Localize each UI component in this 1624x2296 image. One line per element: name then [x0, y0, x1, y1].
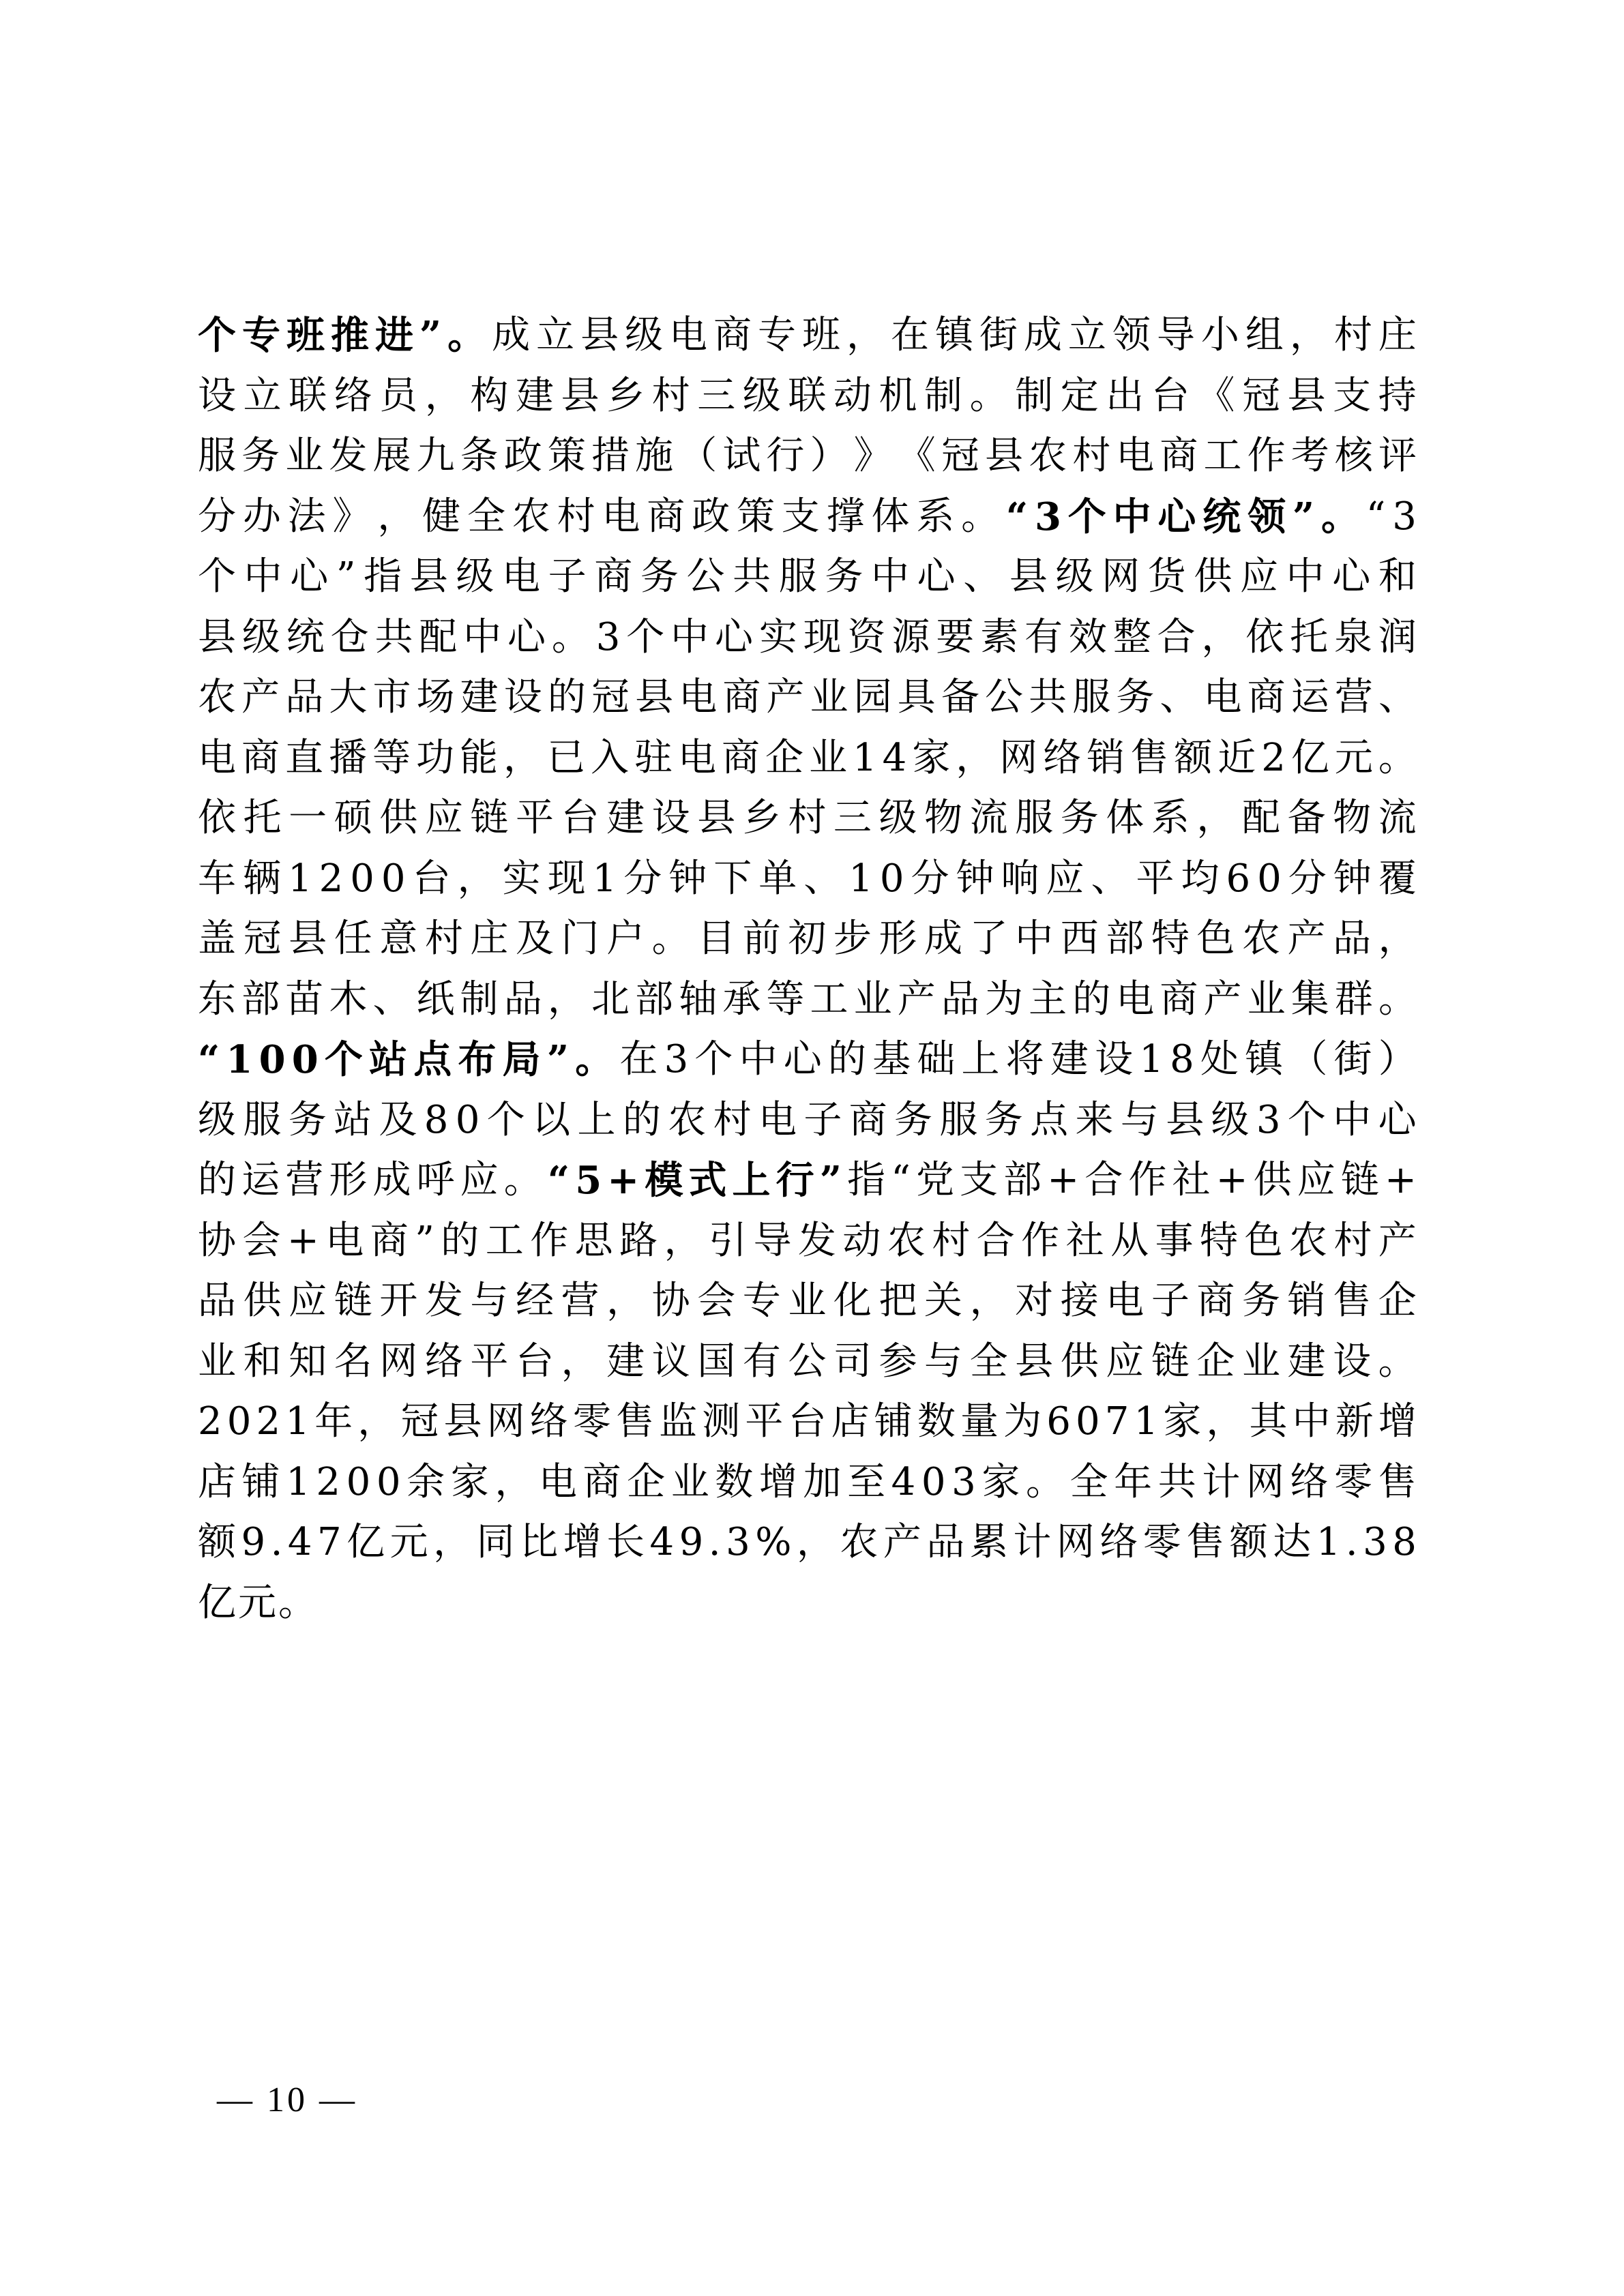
- text-char: 农: [1242, 909, 1282, 970]
- text-char: 健: [422, 487, 462, 548]
- text-char: 集: [1291, 970, 1331, 1030]
- text-char: 业: [788, 1271, 828, 1332]
- text-char: 覆: [1378, 849, 1419, 910]
- text-char: 体: [871, 487, 911, 548]
- text-char: 品: [941, 970, 981, 1030]
- text-char: 家: [981, 1452, 1022, 1513]
- text-char: 现: [803, 608, 844, 668]
- text-char: 支: [782, 487, 822, 548]
- text-char: 元: [390, 1512, 430, 1573]
- text-char: 庄: [470, 909, 510, 970]
- text-char: 、: [372, 970, 413, 1030]
- text-char: 共: [1158, 1452, 1198, 1513]
- text-char: 辆: [243, 849, 283, 910]
- text-char: 铺: [242, 1452, 282, 1513]
- text-char: 村: [932, 1211, 972, 1272]
- text-char: 下: [713, 849, 754, 910]
- text-char: 电: [1204, 668, 1244, 728]
- text-char: 电: [758, 1090, 799, 1151]
- text-char: 平: [745, 1392, 785, 1452]
- body-paragraph: 个专班推进”。成立县级电商专班，在镇街成立领导小组，村庄设立联络员，构建县乡村三…: [198, 305, 1419, 1633]
- text-char: .: [1346, 1512, 1360, 1573]
- text-char: 直: [285, 728, 325, 789]
- text-char: 运: [241, 1150, 282, 1211]
- text-char: 中: [463, 608, 503, 668]
- text-char: 。: [278, 1573, 319, 1634]
- text-char: 部: [1003, 1150, 1044, 1211]
- text-char: 体: [1106, 788, 1146, 849]
- text-char: 个: [626, 608, 666, 668]
- text-char: 农: [668, 1090, 708, 1151]
- text-char: 售: [1378, 1452, 1419, 1513]
- text-char: 策: [737, 487, 777, 548]
- text-char: 1: [1139, 1030, 1166, 1090]
- text-char: 参: [879, 1332, 919, 1392]
- text-char: 驻: [634, 728, 675, 789]
- text-char: 品: [285, 668, 325, 728]
- text-char: 供: [1061, 1332, 1101, 1392]
- text-char: 络: [1290, 1452, 1331, 1513]
- text-char: 农: [198, 668, 238, 728]
- text-char: 县: [410, 547, 450, 608]
- text-line: 分办法》，健全农村电商政策支撑体系。“3个中心统领”。“3: [198, 487, 1419, 548]
- text-char: 润: [1378, 608, 1419, 668]
- text-char: 产: [883, 1512, 924, 1573]
- text-char: 源: [891, 608, 932, 668]
- text-char: 供: [1254, 1150, 1294, 1211]
- text-char: 目: [697, 909, 737, 970]
- text-char: 会: [242, 1211, 282, 1272]
- text-char: ）: [1378, 1030, 1419, 1090]
- text-char: 和: [1378, 547, 1419, 608]
- text-char: 营: [285, 1150, 325, 1211]
- text-char: 市: [372, 668, 413, 728]
- text-line: 业和知名网络平台，建议国有公司参与全县供应链企业建设。: [198, 1332, 1419, 1392]
- bold-heading-char: 班: [286, 305, 327, 366]
- text-char: 亿: [198, 1573, 238, 1634]
- text-char: 试: [722, 426, 763, 487]
- text-char: 接: [1061, 1271, 1101, 1332]
- text-char: 商: [1160, 970, 1200, 1030]
- text-char: 县: [697, 788, 737, 849]
- text-char: 托: [1290, 608, 1330, 668]
- text-char: 链: [1341, 1150, 1381, 1211]
- text-char: 增: [759, 1452, 799, 1513]
- text-char: 动: [833, 366, 874, 427]
- text-char: 作: [1021, 1211, 1061, 1272]
- text-char: ，: [797, 1512, 837, 1573]
- bold-heading-char: 布: [458, 1030, 498, 1090]
- text-char: 车: [198, 849, 238, 910]
- text-char: 商: [1160, 426, 1200, 487]
- text-char: 年: [314, 1392, 355, 1452]
- text-char: 、: [963, 547, 1003, 608]
- text-char: 网: [1246, 1452, 1286, 1513]
- text-char: 领: [1112, 305, 1153, 366]
- text-char: 班: [802, 305, 842, 366]
- text-char: 品: [926, 1512, 966, 1573]
- text-char: 0: [227, 1392, 254, 1452]
- text-char: 组: [1245, 305, 1286, 366]
- text-char: 与: [470, 1271, 510, 1332]
- text-char: 3: [1363, 1512, 1389, 1573]
- text-char: 合: [1157, 608, 1198, 668]
- text-char: 等: [766, 970, 806, 1030]
- text-char: ，: [433, 1512, 473, 1573]
- text-char: 。: [1378, 970, 1419, 1030]
- text-char: 法: [288, 487, 328, 548]
- text-char: 链: [334, 1271, 374, 1332]
- text-char: 联: [289, 366, 329, 427]
- text-char: 业: [809, 728, 849, 789]
- text-char: 冠: [941, 426, 981, 487]
- bold-heading-char: 0: [292, 1030, 321, 1090]
- text-char: 台: [1151, 366, 1192, 427]
- text-char: 子: [1151, 1271, 1192, 1332]
- text-char: 持: [1378, 366, 1419, 427]
- text-char: 发: [425, 1271, 465, 1332]
- text-char: 物: [924, 788, 964, 849]
- text-char: 为: [1003, 1392, 1044, 1452]
- text-char: 2: [256, 1392, 283, 1452]
- text-char: 个: [487, 1090, 527, 1151]
- bold-heading-char: 上: [733, 1150, 773, 1211]
- text-char: 商: [722, 668, 763, 728]
- text-char: 设: [1095, 1030, 1135, 1090]
- text-line: 额9.47亿元，同比增长49.3%，农产品累计网络零售额达1.38: [198, 1512, 1419, 1573]
- text-char: 分: [911, 849, 951, 910]
- text-char: 《: [898, 426, 938, 487]
- text-char: 北: [591, 970, 632, 1030]
- text-char: 纸: [417, 970, 457, 1030]
- text-char: 供: [379, 788, 419, 849]
- text-char: 条: [460, 426, 501, 487]
- text-char: 级: [456, 547, 496, 608]
- text-char: 县: [561, 366, 602, 427]
- text-char: 产: [766, 668, 806, 728]
- text-char: 务: [289, 1090, 329, 1151]
- text-char: 心: [784, 1030, 824, 1090]
- text-char: 专: [758, 305, 798, 366]
- text-char: 名: [334, 1332, 374, 1392]
- text-char: 0: [377, 1452, 403, 1513]
- text-char: 基: [872, 1030, 913, 1090]
- text-char: 特: [1200, 1211, 1240, 1272]
- text-char: 色: [1244, 1211, 1284, 1272]
- text-line: 协会+电商”的工作思路，引导发动农村合作社从事特色农村产: [198, 1211, 1419, 1272]
- text-char: 售: [1186, 1512, 1226, 1573]
- text-char: 企: [627, 1452, 667, 1513]
- text-char: 比: [520, 1512, 560, 1573]
- text-char: 2: [198, 1392, 224, 1452]
- text-char: 务: [1116, 668, 1156, 728]
- text-char: 仓: [331, 608, 371, 668]
- text-char: 户: [606, 909, 647, 970]
- text-char: 上: [578, 1090, 618, 1151]
- text-char: 路: [619, 1211, 660, 1272]
- text-char: 亿: [346, 1512, 387, 1573]
- text-char: 钟: [1333, 849, 1374, 910]
- text-char: 呼: [417, 1150, 457, 1211]
- text-char: 商: [1196, 1271, 1237, 1332]
- text-line: 级服务站及80个以上的农村电子商务服务点来与县级3个中心: [198, 1090, 1419, 1151]
- text-char: 系: [916, 487, 956, 548]
- text-char: 业: [285, 426, 325, 487]
- text-char: 电: [502, 547, 542, 608]
- text-char: 县: [1009, 547, 1050, 608]
- text-char: 至: [847, 1452, 887, 1513]
- bold-heading-char: 行: [776, 1150, 816, 1211]
- text-char: 电: [1106, 1271, 1146, 1332]
- text-char: 0: [921, 1452, 948, 1513]
- text-char: 为: [985, 970, 1025, 1030]
- text-char: 响: [1001, 849, 1041, 910]
- text-char: 合: [1084, 1150, 1125, 1211]
- text-char: 、: [1160, 668, 1200, 728]
- text-char: 备: [1288, 788, 1328, 849]
- text-char: 络: [425, 1332, 465, 1392]
- text-char: 硕: [334, 788, 374, 849]
- text-char: 应: [1046, 849, 1086, 910]
- text-char: 中: [871, 547, 911, 608]
- text-char: 镇: [1245, 1030, 1285, 1090]
- text-char: .: [271, 1512, 285, 1573]
- text-char: 中: [670, 608, 711, 668]
- bold-heading-char: ”: [419, 305, 443, 366]
- text-char: 以: [532, 1090, 572, 1151]
- bold-heading-char: 统: [1202, 487, 1243, 548]
- text-char: 增: [1378, 1392, 1419, 1452]
- text-char: ，: [377, 487, 417, 548]
- text-char: 级: [879, 788, 919, 849]
- bold-heading-char: 个: [198, 305, 238, 366]
- text-char: 8: [424, 1090, 451, 1151]
- text-char: 县: [580, 305, 621, 366]
- text-char: 成: [1024, 305, 1064, 366]
- text-char: 思: [575, 1211, 615, 1272]
- text-char: 共: [1029, 668, 1069, 728]
- text-char: 全: [467, 487, 507, 548]
- text-char: 托: [243, 788, 284, 849]
- text-char: 络: [334, 366, 374, 427]
- text-char: 家: [1163, 1392, 1203, 1452]
- text-char: 泉: [1334, 608, 1374, 668]
- text-char: 核: [1335, 426, 1375, 487]
- text-char: 业: [1242, 1332, 1282, 1392]
- text-char: 盖: [198, 909, 238, 970]
- text-char: 网: [1057, 1512, 1097, 1573]
- text-char: 产: [1378, 1211, 1419, 1272]
- text-char: 3: [1392, 487, 1419, 548]
- text-char: 冠: [1242, 366, 1282, 427]
- text-char: 》: [332, 487, 372, 548]
- text-char: 链: [470, 788, 510, 849]
- text-char: 额: [198, 1512, 238, 1573]
- text-char: 部: [635, 970, 675, 1030]
- text-char: 场: [417, 668, 457, 728]
- text-char: 商: [713, 305, 754, 366]
- text-char: 上: [962, 1030, 1002, 1090]
- text-char: 意: [379, 909, 419, 970]
- document-page: 个专班推进”。成立县级电商专班，在镇街成立领导小组，村庄设立联络员，构建县乡村三…: [0, 0, 1624, 2296]
- text-char: 企: [765, 728, 806, 789]
- text-char: 级: [625, 305, 665, 366]
- text-char: 应: [425, 788, 465, 849]
- text-char: 播: [329, 728, 369, 789]
- text-char: 发: [329, 426, 369, 487]
- text-char: 指: [364, 547, 404, 608]
- text-char: 设: [1333, 1332, 1373, 1392]
- text-char: 村: [788, 788, 828, 849]
- text-char: 效: [1069, 608, 1109, 668]
- text-char: 九: [417, 426, 457, 487]
- text-char: 会: [697, 1271, 737, 1332]
- text-char: 要: [936, 608, 976, 668]
- text-char: 工: [486, 1211, 526, 1272]
- text-line: “100个站点布局”。在3个中心的基础上将建设18处镇（街）: [198, 1030, 1419, 1090]
- text-char: 单: [758, 849, 799, 910]
- text-char: 务: [1242, 1271, 1282, 1332]
- text-char: 色: [1196, 909, 1237, 970]
- text-char: 施: [635, 426, 675, 487]
- text-char: 、: [803, 849, 844, 910]
- text-char: 建: [606, 788, 647, 849]
- text-char: 均: [1181, 849, 1221, 910]
- text-char: 大: [329, 668, 369, 728]
- text-char: 额: [1230, 1512, 1270, 1573]
- text-char: 将: [1006, 1030, 1046, 1090]
- text-char: 配: [419, 608, 459, 668]
- text-char: 网: [1102, 547, 1142, 608]
- text-char: 3: [951, 1452, 978, 1513]
- text-char: 业: [671, 1452, 711, 1513]
- text-char: 6: [1046, 1392, 1073, 1452]
- text-char: 形: [329, 1150, 369, 1211]
- text-char: 中: [1286, 547, 1327, 608]
- text-char: 8: [1170, 1030, 1196, 1090]
- text-char: 与: [1121, 1090, 1161, 1151]
- text-char: 事: [1155, 1211, 1196, 1272]
- text-char: 专: [743, 1271, 783, 1332]
- text-char: 备: [941, 668, 981, 728]
- text-char: 8: [1392, 1512, 1419, 1573]
- text-char: 1: [1134, 1392, 1160, 1452]
- bold-heading-char: 点: [413, 1030, 454, 1090]
- text-char: ，: [1290, 305, 1330, 366]
- text-char: 网: [999, 728, 1039, 789]
- text-char: 公: [788, 1332, 828, 1392]
- text-char: 业: [854, 970, 894, 1030]
- bold-heading-char: 进: [375, 305, 415, 366]
- text-char: 动: [842, 1211, 883, 1272]
- text-char: 策: [548, 426, 588, 487]
- bold-heading-char: 式: [688, 1150, 728, 1211]
- text-char: 的: [198, 1150, 238, 1211]
- text-char: 街: [1334, 1030, 1374, 1090]
- text-char: 联: [788, 366, 828, 427]
- text-char: 部: [1106, 909, 1146, 970]
- text-char: ，: [494, 1452, 535, 1513]
- text-char: 中: [739, 1030, 780, 1090]
- text-char: 零: [1334, 1452, 1374, 1513]
- text-char: 定: [1061, 366, 1101, 427]
- bold-heading-char: 。: [1321, 487, 1361, 548]
- text-line: 县级统仓共配中心。3个中心实现资源要素有效整合，依托泉润: [198, 608, 1419, 668]
- text-char: 心: [507, 608, 548, 668]
- text-char: 开: [379, 1271, 419, 1332]
- text-char: 累: [970, 1512, 1010, 1573]
- text-char: 承: [722, 970, 763, 1030]
- text-char: 计: [1013, 1512, 1053, 1573]
- text-char: 立: [1068, 305, 1108, 366]
- text-char: 制: [924, 366, 964, 427]
- text-char: 知: [289, 1332, 329, 1392]
- text-char: 0: [880, 849, 906, 910]
- text-char: 营: [561, 1271, 602, 1332]
- text-char: 《: [1196, 366, 1237, 427]
- text-char: 设: [198, 366, 238, 427]
- text-char: 级: [242, 608, 282, 668]
- bold-heading-char: “: [1006, 487, 1030, 548]
- text-char: 营: [1335, 668, 1375, 728]
- text-char: 心: [1332, 547, 1372, 608]
- text-char: 级: [743, 366, 783, 427]
- text-char: 县: [443, 1392, 484, 1452]
- text-char: 流: [970, 788, 1010, 849]
- text-char: 电: [669, 305, 709, 366]
- text-char: 设: [652, 788, 692, 849]
- text-char: ，: [425, 366, 465, 427]
- text-char: 办: [243, 487, 283, 548]
- bold-heading-char: 领: [1247, 487, 1288, 548]
- text-char: 共: [733, 547, 773, 608]
- text-char: 发: [798, 1211, 838, 1272]
- text-char: 制: [460, 970, 501, 1030]
- text-char: 处: [1200, 1030, 1241, 1090]
- text-char: 冠: [400, 1392, 441, 1452]
- text-char: 络: [1099, 1512, 1140, 1573]
- text-char: 测: [702, 1392, 742, 1452]
- text-char: +: [1216, 1150, 1250, 1211]
- bold-heading-char: +: [607, 1150, 641, 1211]
- text-char: 0: [1257, 849, 1284, 910]
- text-char: 建: [516, 366, 556, 427]
- text-char: 把: [879, 1271, 919, 1332]
- text-char: 应: [289, 1271, 329, 1332]
- text-char: 售: [616, 1392, 656, 1452]
- text-char: 农: [1029, 426, 1069, 487]
- text-char: ，: [561, 1332, 602, 1392]
- text-char: 监: [659, 1392, 699, 1452]
- text-char: 中: [1333, 1090, 1373, 1151]
- text-char: 1: [1316, 1512, 1343, 1573]
- text-char: ，: [503, 728, 544, 789]
- bold-heading-char: 0: [259, 1030, 288, 1090]
- text-char: 1: [593, 849, 619, 910]
- text-char: 个: [198, 547, 238, 608]
- text-char: 同: [477, 1512, 517, 1573]
- text-char: 功: [416, 728, 456, 789]
- text-char: 服: [939, 1090, 979, 1151]
- text-char: 乡: [743, 788, 783, 849]
- text-char: 的: [828, 1030, 868, 1090]
- text-char: 电: [679, 668, 719, 728]
- text-char: ，: [548, 970, 588, 1030]
- text-char: 应: [1240, 547, 1280, 608]
- text-char: 村: [425, 909, 465, 970]
- text-char: 0: [350, 849, 377, 910]
- text-char: 立: [536, 305, 576, 366]
